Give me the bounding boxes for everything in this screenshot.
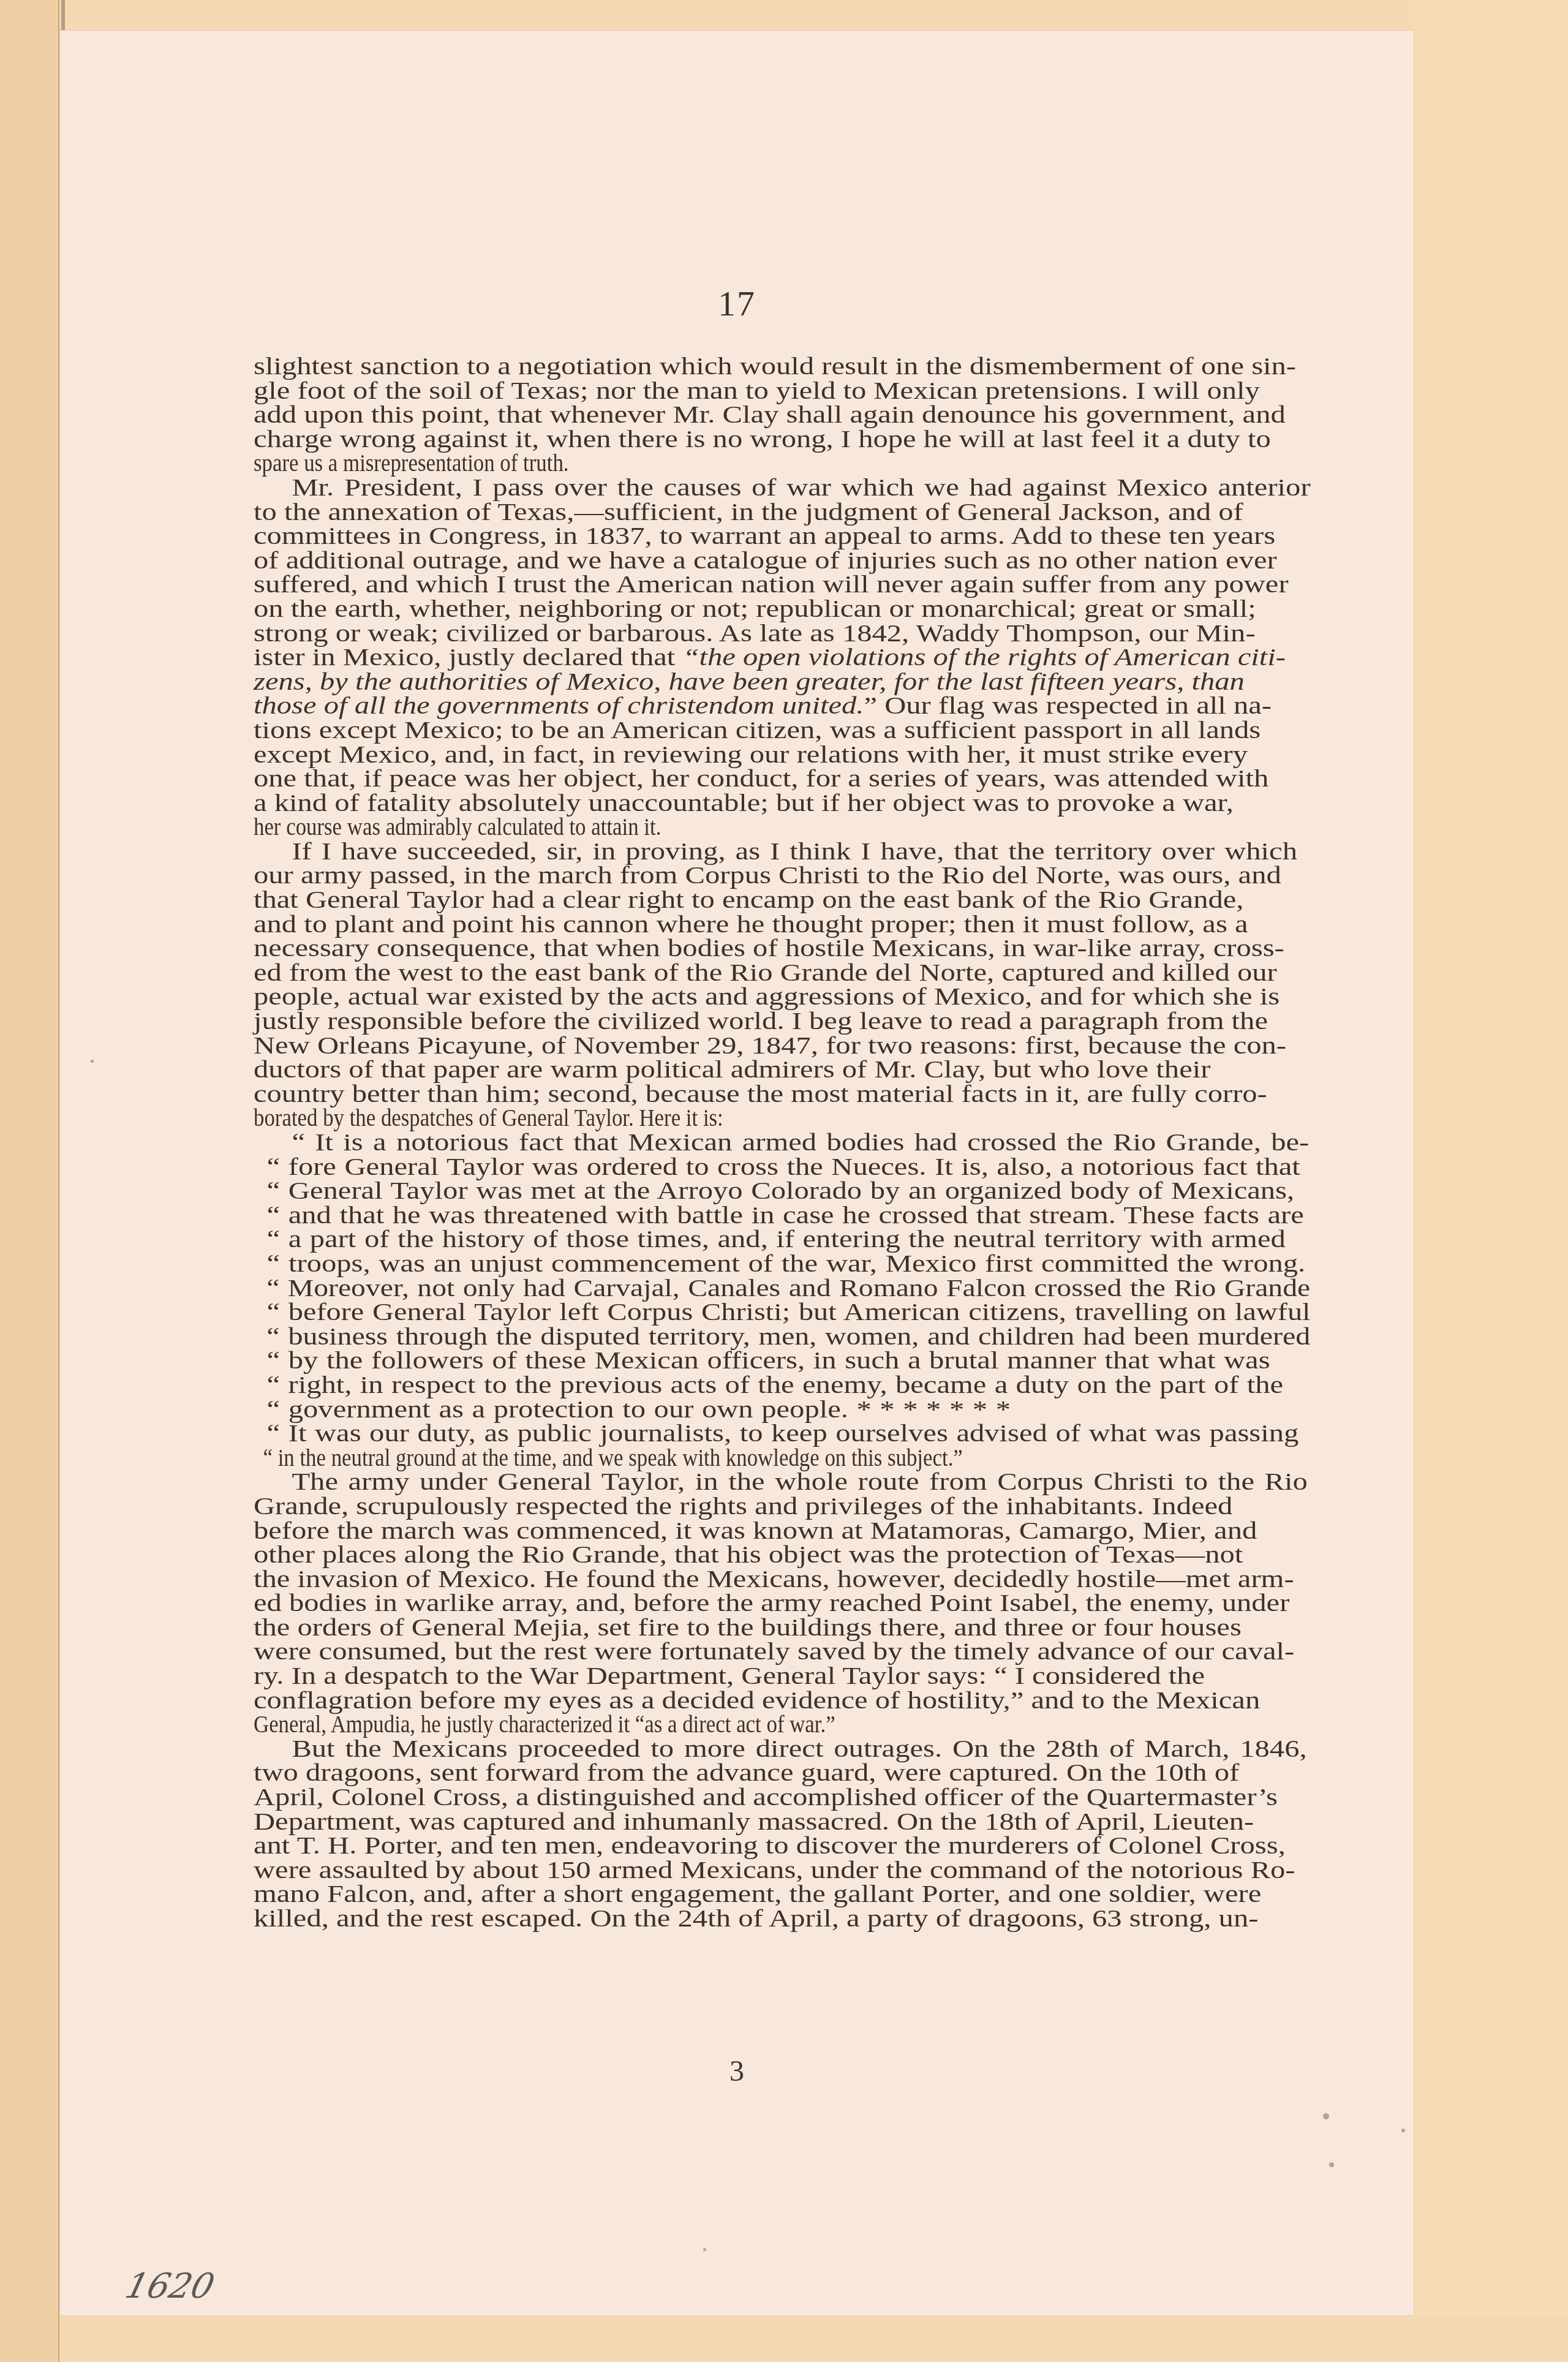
text-line: “ and that he was threatened with battle… (254, 1203, 1304, 1228)
text-line: “ General Taylor was met at the Arroyo C… (254, 1179, 1294, 1203)
text-line: and to plant and point his cannon where … (254, 912, 1248, 937)
paper-speck (1329, 2162, 1334, 2167)
text-line: ed bodies in warlike array, and, before … (254, 1591, 1289, 1615)
text-line: necessary consequence, that when bodies … (254, 936, 1284, 960)
quoted-italic-text: “the open violations of the rights of Am… (682, 643, 1286, 671)
text-line: “ before General Taylor left Corpus Chri… (254, 1300, 1311, 1324)
text-line: borated by the despatches of General Tay… (254, 1106, 723, 1130)
text-line: country better than him; second, because… (254, 1082, 1267, 1106)
quoted-italic-text: zens, by the authorities of Mexico, have… (254, 668, 1245, 695)
text-line: “ It is a notorious fact that Mexican ar… (254, 1130, 1309, 1155)
text-line: Mr. President, I pass over the causes of… (254, 475, 1311, 500)
body-text: slightest sanction to a negotiation whic… (254, 354, 1297, 1931)
text-line: The army under General Taylor, in the wh… (254, 1470, 1308, 1494)
text-line: slightest sanction to a negotiation whic… (254, 354, 1296, 379)
text-line: conflagration before my eyes as a decide… (254, 1688, 1260, 1713)
text-line: If I have succeeded, sir, in proving, as… (254, 839, 1297, 864)
document-page: 17 slightest sanction to a negotiation w… (60, 31, 1414, 2315)
text-line: ister in Mexico, justly declared that “t… (254, 645, 1286, 670)
text-line: “ Moreover, not only had Carvajal, Canal… (254, 1276, 1310, 1300)
text-line: a kind of fatality absolutely unaccounta… (254, 791, 1234, 815)
text-line: the orders of General Mejia, set fire to… (254, 1615, 1242, 1640)
text-line: “ government as a protection to our own … (254, 1397, 1011, 1422)
text-line: two dragoons, sent forward from the adva… (254, 1760, 1239, 1785)
text-line: were assaulted by about 150 armed Mexica… (254, 1858, 1295, 1882)
text-line: those of all the governments of christen… (254, 693, 1272, 718)
text-line: “ troops, was an unjust commencement of … (254, 1251, 1305, 1276)
text-line: strong or weak; civilized or barbarous. … (254, 621, 1256, 646)
text-line: were consumed, but the rest were fortuna… (254, 1639, 1294, 1664)
text-line: tions except Mexico; to be an American c… (254, 718, 1261, 742)
text-line: Department, was captured and inhumanly m… (254, 1809, 1254, 1834)
text-line: killed, and the rest escaped. On the 24t… (254, 1906, 1258, 1931)
text-line: “ by the followers of these Mexican offi… (254, 1348, 1270, 1373)
text-line: other places along the Rio Grande, that … (254, 1542, 1243, 1567)
text-line: General, Ampudia, he justly characterize… (254, 1712, 835, 1737)
text-line: ry. In a despatch to the War Department,… (254, 1664, 1205, 1688)
text-line: people, actual war existed by the acts a… (254, 984, 1280, 1009)
signature-mark: 3 (60, 2054, 1414, 2088)
text-line: ant T. H. Porter, and ten men, endeavori… (254, 1833, 1286, 1858)
text-line: suffered, and which I trust the American… (254, 572, 1289, 597)
text-line: to the annexation of Texas,—sufficient, … (254, 500, 1243, 524)
text-line: But the Mexicans proceeded to more direc… (254, 1737, 1307, 1761)
quoted-italic-text: those of all the governments of christen… (254, 692, 864, 719)
text-line: on the earth, whether, neighboring or no… (254, 597, 1256, 621)
text-line: her course was admirably calculated to a… (254, 815, 661, 839)
text-line: “ a part of the history of those times, … (254, 1227, 1286, 1251)
text-line: “ right, in respect to the previous acts… (254, 1373, 1283, 1397)
paper-speck (703, 2248, 706, 2251)
text-line: ed from the west to the east bank of the… (254, 960, 1276, 985)
text-line: Grande, scrupulously respected the right… (254, 1494, 1232, 1519)
text-line: charge wrong against it, when there is n… (254, 427, 1271, 451)
paper-speck (1323, 2113, 1329, 2119)
text-line: spare us a misrepresentation of truth. (254, 451, 568, 475)
paper-speck (1401, 2129, 1405, 2132)
text-line: add upon this point, that whenever Mr. C… (254, 402, 1286, 427)
text-line: ductors of that paper are warm political… (254, 1057, 1210, 1082)
text-line: “ fore General Taylor was ordered to cro… (254, 1155, 1300, 1179)
text-line: before the march was commenced, it was k… (254, 1519, 1257, 1543)
text-line: New Orleans Picayune, of November 29, 18… (254, 1033, 1286, 1058)
text-line: our army passed, in the march from Corpu… (254, 863, 1281, 888)
text-line: April, Colonel Cross, a distinguished an… (254, 1785, 1278, 1809)
text-line: that General Taylor had a clear right to… (254, 888, 1243, 912)
handwritten-catalog-number: 1620 (121, 2266, 219, 2306)
text-line: justly responsible before the civilized … (254, 1009, 1268, 1033)
text-line: “ It was our duty, as public journalists… (254, 1421, 1298, 1446)
text-line: one that, if peace was her object, her c… (254, 766, 1268, 791)
text-line: “ business through the disputed territor… (254, 1324, 1310, 1349)
text-line: gle foot of the soil of Texas; nor the m… (254, 379, 1260, 403)
mount-board-bottom (98, 2315, 1568, 2362)
mount-board-left (0, 0, 59, 2362)
mount-board-right (1410, 0, 1568, 2362)
page-number: 17 (60, 283, 1414, 324)
text-line: of additional outrage, and we have a cat… (254, 548, 1276, 573)
text-line: “ in the neutral ground at the time, and… (254, 1446, 972, 1470)
paper-speck (91, 1060, 94, 1063)
text-line: except Mexico, and, in fact, in reviewin… (254, 742, 1247, 767)
text-line: zens, by the authorities of Mexico, have… (254, 670, 1245, 694)
text-line: the invasion of Mexico. He found the Mex… (254, 1567, 1294, 1591)
text-line: committees in Congress, in 1837, to warr… (254, 524, 1275, 548)
text-line: mano Falcon, and, after a short engageme… (254, 1882, 1261, 1906)
